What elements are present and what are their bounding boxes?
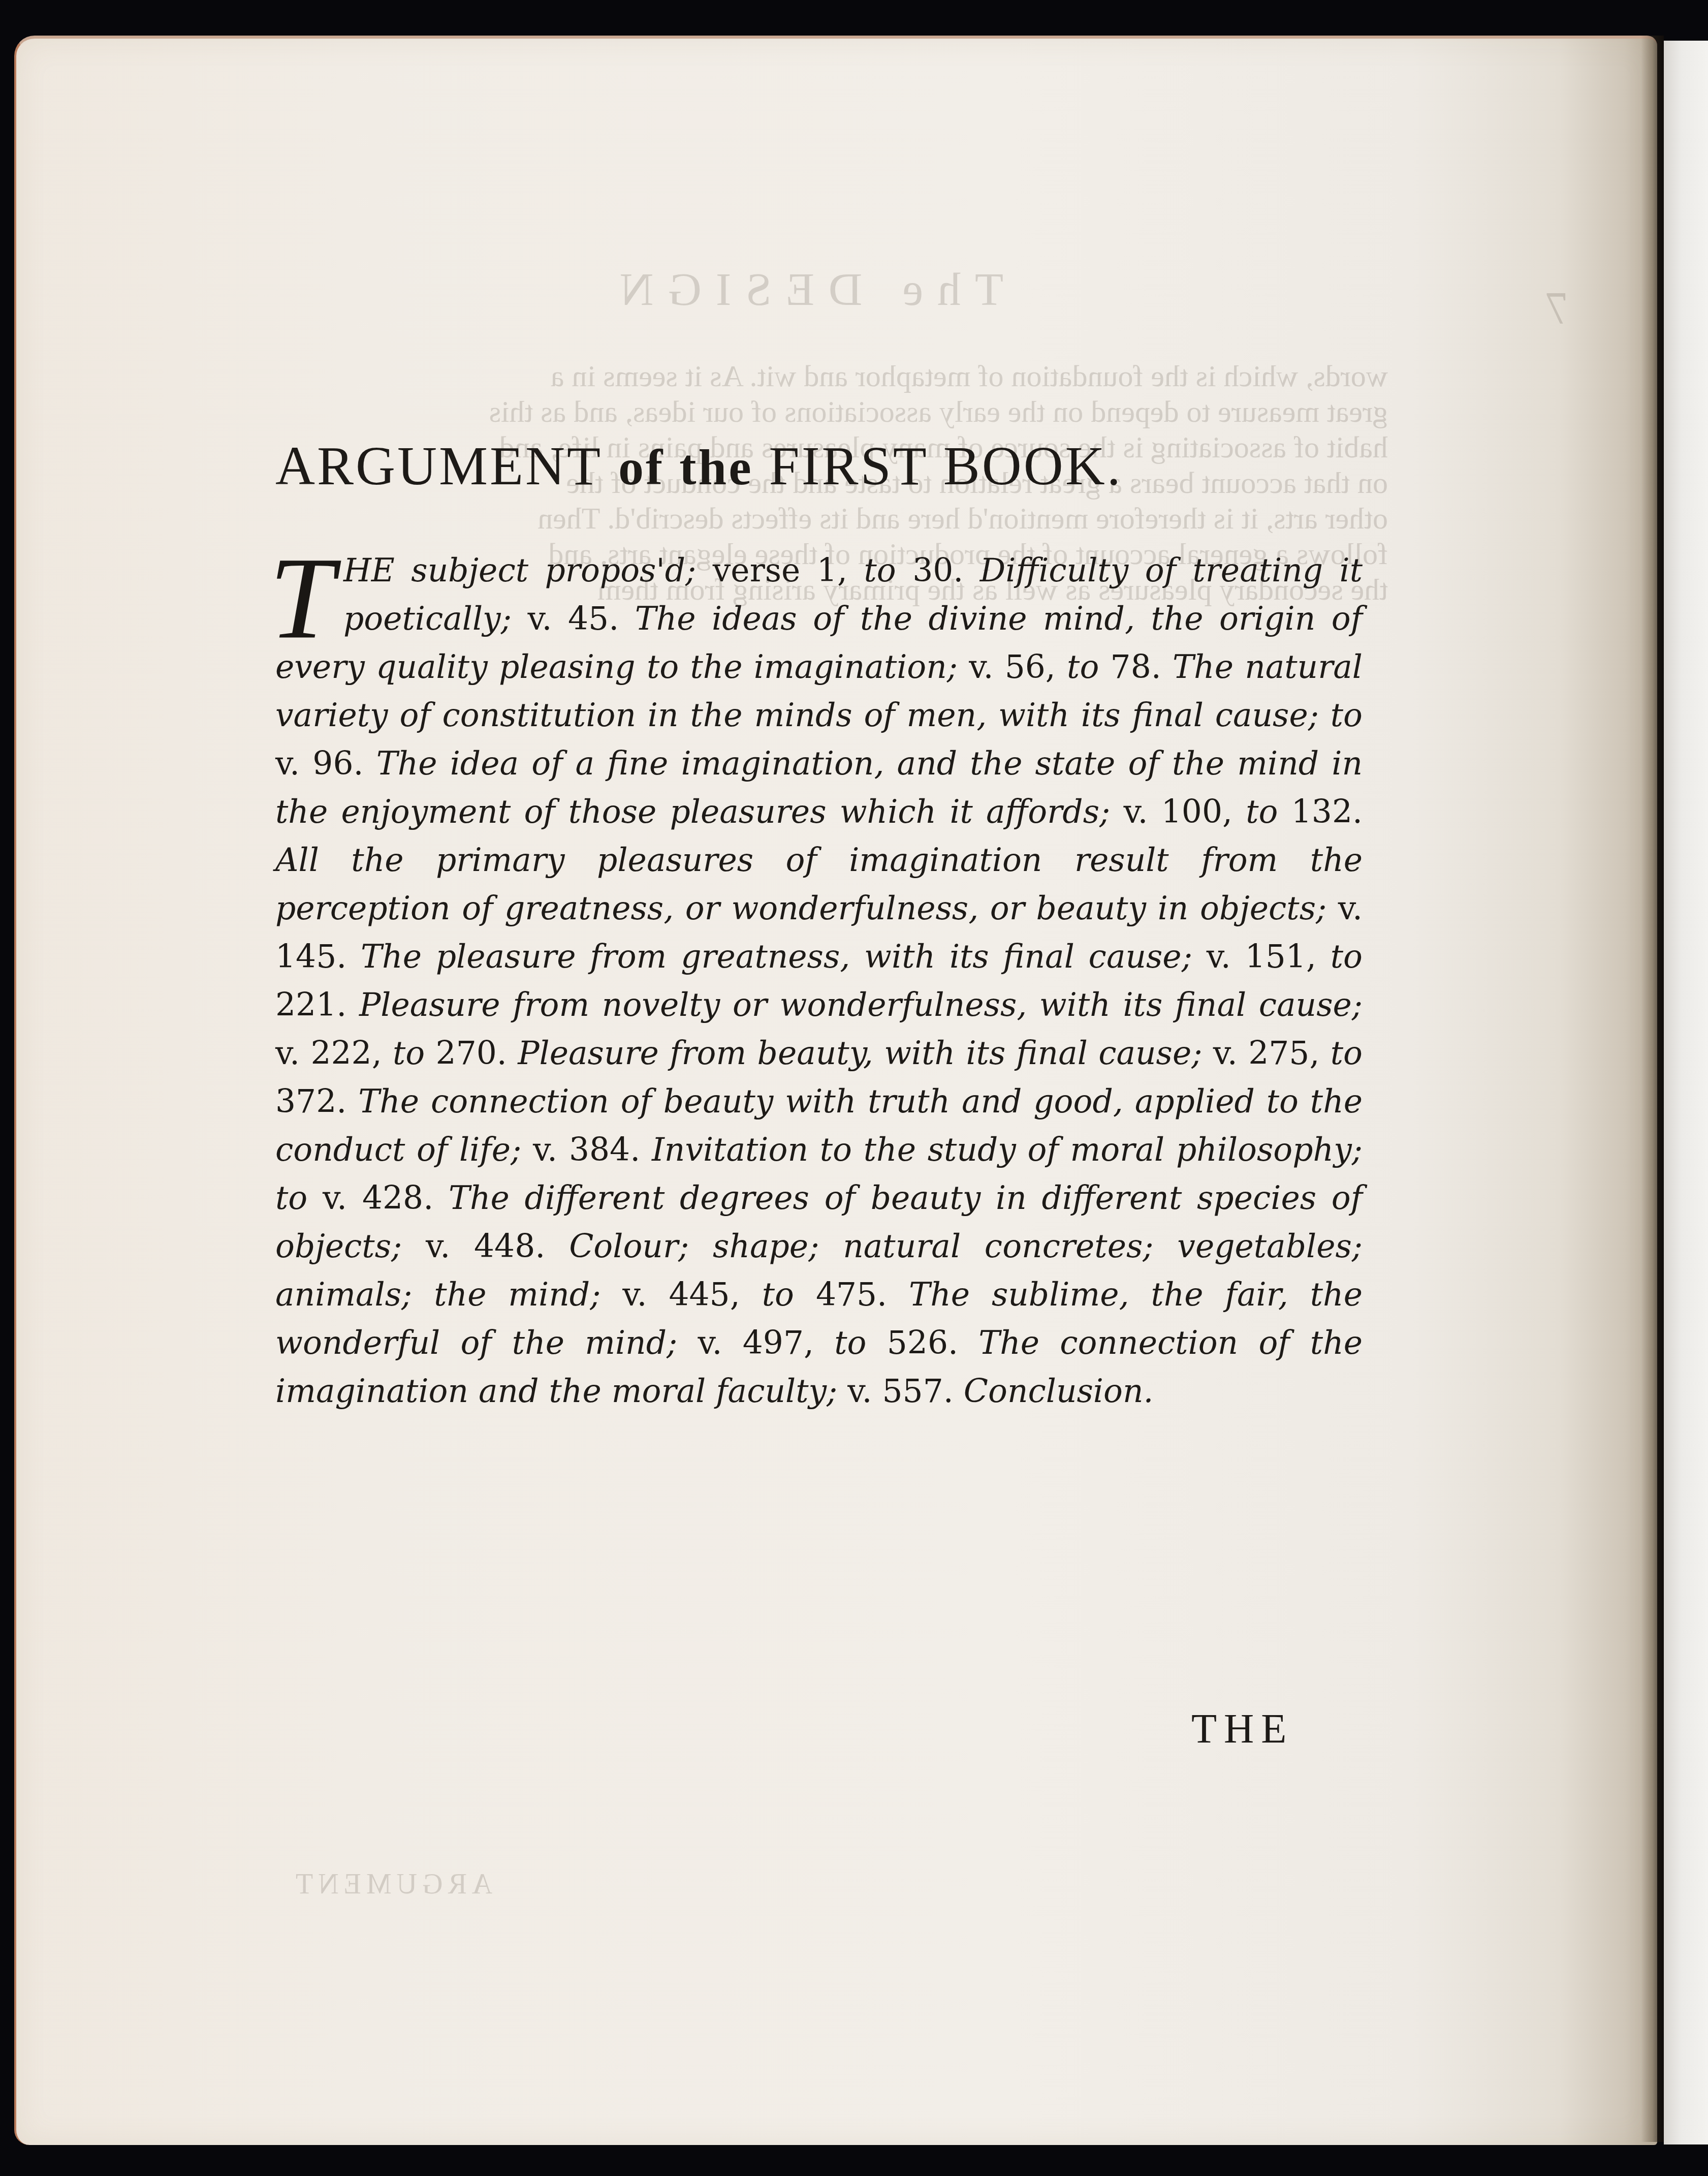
verse-reference: verse 1, <box>713 552 864 589</box>
show-through-bottom-heading: ARGUMENT <box>291 1868 492 1901</box>
book-page: The DESIGN 7 words, which is the foundat… <box>14 36 1657 2145</box>
argument-text: to <box>1331 1035 1363 1072</box>
argument-text: Conclusion. <box>964 1373 1154 1410</box>
argument-body: HE subject propos'd; verse 1, to 30. Dif… <box>275 552 1363 1410</box>
verse-reference: 475. <box>816 1276 909 1313</box>
verse-reference: v. 497, <box>698 1324 834 1361</box>
argument-text: HE subject propos'd; <box>343 552 713 589</box>
argument-text: The pleasure from greatness, with its fi… <box>361 938 1207 975</box>
verse-reference: 30. <box>912 552 980 589</box>
argument-text: to <box>1331 938 1363 975</box>
verse-reference: v. 557. <box>847 1373 963 1410</box>
verse-reference: v. 275, <box>1213 1035 1331 1072</box>
verse-reference: v. 151, <box>1207 938 1331 975</box>
verse-reference: v. 384. <box>533 1131 652 1168</box>
verse-reference: 526. <box>887 1324 978 1361</box>
page-edge-shadow <box>1641 36 1664 2142</box>
heading-argument: ARGUMENT <box>275 436 603 496</box>
verse-reference: 221. <box>275 986 359 1023</box>
scanned-book-spread: The DESIGN 7 words, which is the foundat… <box>0 0 1708 2176</box>
verse-reference: v. 222, <box>275 1035 393 1072</box>
show-through-line: great measure to depend on the early ass… <box>280 394 1388 429</box>
verse-reference: v. 448. <box>426 1228 569 1265</box>
page-heading: ARGUMENT of the FIRST BOOK. <box>275 435 1363 498</box>
heading-first-book: FIRST BOOK. <box>769 436 1123 496</box>
show-through-title: The DESIGN <box>606 262 1003 316</box>
verse-reference: 78. <box>1111 648 1173 686</box>
verse-reference: v. 45. <box>527 600 635 637</box>
verse-reference: v. 445, <box>622 1276 762 1313</box>
page-content: ARGUMENT of the FIRST BOOK. THE subject … <box>275 435 1363 1415</box>
argument-text: to <box>1067 648 1110 686</box>
argument-text: to <box>834 1324 887 1361</box>
verse-reference: 270. <box>436 1035 518 1072</box>
argument-paragraph: THE subject propos'd; verse 1, to 30. Di… <box>275 546 1363 1415</box>
verse-reference: v. 56, <box>969 648 1067 686</box>
argument-text: to <box>393 1035 436 1072</box>
verse-reference: v. 96. <box>275 745 376 782</box>
verse-reference: 372. <box>275 1083 358 1120</box>
argument-text: to <box>762 1276 816 1313</box>
show-through-page-number: 7 <box>1545 283 1568 335</box>
argument-text: to <box>864 552 912 589</box>
drop-cap: T <box>269 555 334 642</box>
adjacent-page-edge <box>1664 41 1708 2144</box>
show-through-line: words, which is the foundation of metaph… <box>280 359 1388 394</box>
verse-reference: v. 428. <box>323 1179 449 1217</box>
argument-text: to <box>1246 793 1291 830</box>
argument-text: Pleasure from novelty or wonderfulness, … <box>359 986 1363 1023</box>
catchword: THE <box>1191 1705 1293 1753</box>
argument-text: All the primary pleasures of imagination… <box>275 842 1363 927</box>
argument-text: Pleasure from beauty, with its final cau… <box>518 1035 1213 1072</box>
heading-of-the: of the <box>618 439 753 495</box>
verse-reference: 132. <box>1291 793 1363 830</box>
verse-reference: v. 100, <box>1123 793 1246 830</box>
